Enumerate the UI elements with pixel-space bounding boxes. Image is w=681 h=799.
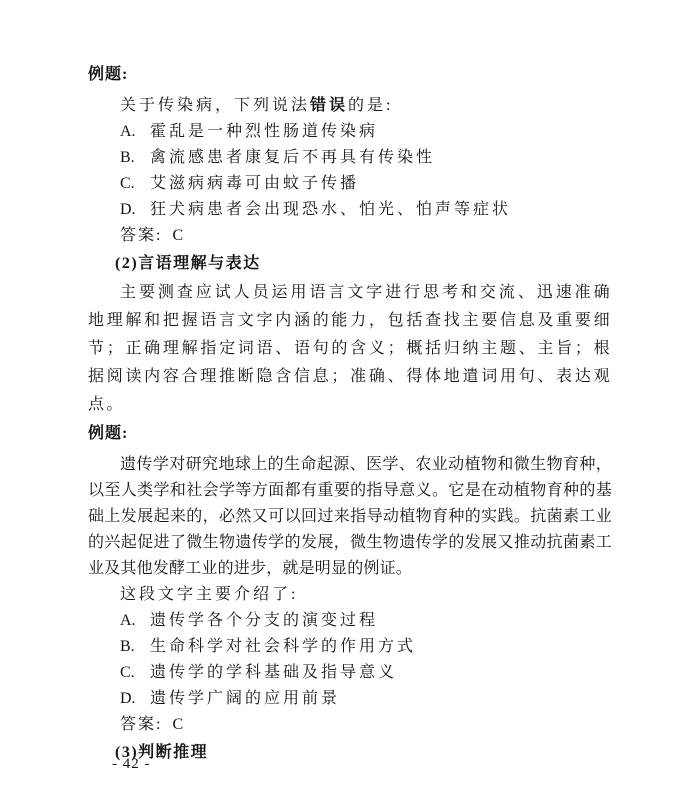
example2-option-c: C.遗传学的学科基础及指导意义 — [88, 660, 612, 686]
option-text: 遗传学的学科基础及指导意义 — [150, 664, 397, 681]
example1-option-b: B.禽流感患者康复后不再具有传染性 — [88, 145, 612, 171]
example1-question: 关于传染病，下列说法错误的是: — [88, 93, 612, 119]
answer-value: C — [172, 716, 185, 733]
option-text: 遗传学广阔的应用前景 — [150, 690, 340, 707]
example2-question: 这段文字主要介绍了: — [88, 582, 612, 608]
example1-option-d: D.狂犬病患者会出现恐水、怕光、怕声等症状 — [88, 197, 612, 223]
example1-question-emphasis: 错误 — [310, 97, 348, 114]
example1-question-post: 的是: — [348, 97, 393, 114]
example1-heading: 例题: — [88, 62, 612, 88]
option-letter: C. — [120, 660, 150, 686]
option-letter: C. — [120, 171, 150, 197]
option-text: 生命科学对社会科学的作用方式 — [150, 638, 416, 655]
option-text: 狂犬病患者会出现恐水、怕光、怕声等症状 — [150, 201, 511, 218]
option-text: 艾滋病病毒可由蚊子传播 — [150, 175, 359, 192]
page-number: - 42 - — [112, 755, 151, 773]
answer-value: C — [172, 227, 185, 244]
option-letter: B. — [120, 634, 150, 660]
option-text: 遗传学各个分支的演变过程 — [150, 612, 378, 629]
option-letter: A. — [120, 608, 150, 634]
example1-option-a: A.霍乱是一种烈性肠道传染病 — [88, 119, 612, 145]
example2-heading: 例题: — [88, 421, 612, 447]
example1-question-pre: 关于传染病，下列说法 — [120, 97, 310, 114]
answer-label: 答案: — [120, 227, 162, 244]
example2-passage: 遗传学对研究地球上的生命起源、医学、农业动植物和微生物育种，以至人类学和社会学等… — [88, 452, 612, 582]
option-letter: D. — [120, 197, 150, 223]
example1-answer: 答案:C — [88, 223, 612, 249]
section-language-heading: (2)言语理解与表达 — [88, 250, 612, 278]
section-language-paragraph: 主要测查应试人员运用语言文字进行思考和交流、迅速准确地理解和把握语言文字内涵的能… — [88, 279, 612, 419]
example2-option-b: B.生命科学对社会科学的作用方式 — [88, 634, 612, 660]
example2-option-d: D.遗传学广阔的应用前景 — [88, 686, 612, 712]
example1-option-c: C.艾滋病病毒可由蚊子传播 — [88, 171, 612, 197]
example2-answer: 答案:C — [88, 712, 612, 738]
option-letter: A. — [120, 119, 150, 145]
section-judgment-heading: (3)判断推理 — [88, 739, 612, 767]
option-letter: D. — [120, 686, 150, 712]
answer-label: 答案: — [120, 716, 162, 733]
option-letter: B. — [120, 145, 150, 171]
document-page: 例题: 关于传染病，下列说法错误的是: A.霍乱是一种烈性肠道传染病 B.禽流感… — [0, 0, 681, 799]
example2-option-a: A.遗传学各个分支的演变过程 — [88, 608, 612, 634]
option-text: 禽流感患者康复后不再具有传染性 — [150, 149, 435, 166]
option-text: 霍乱是一种烈性肠道传染病 — [150, 123, 378, 140]
